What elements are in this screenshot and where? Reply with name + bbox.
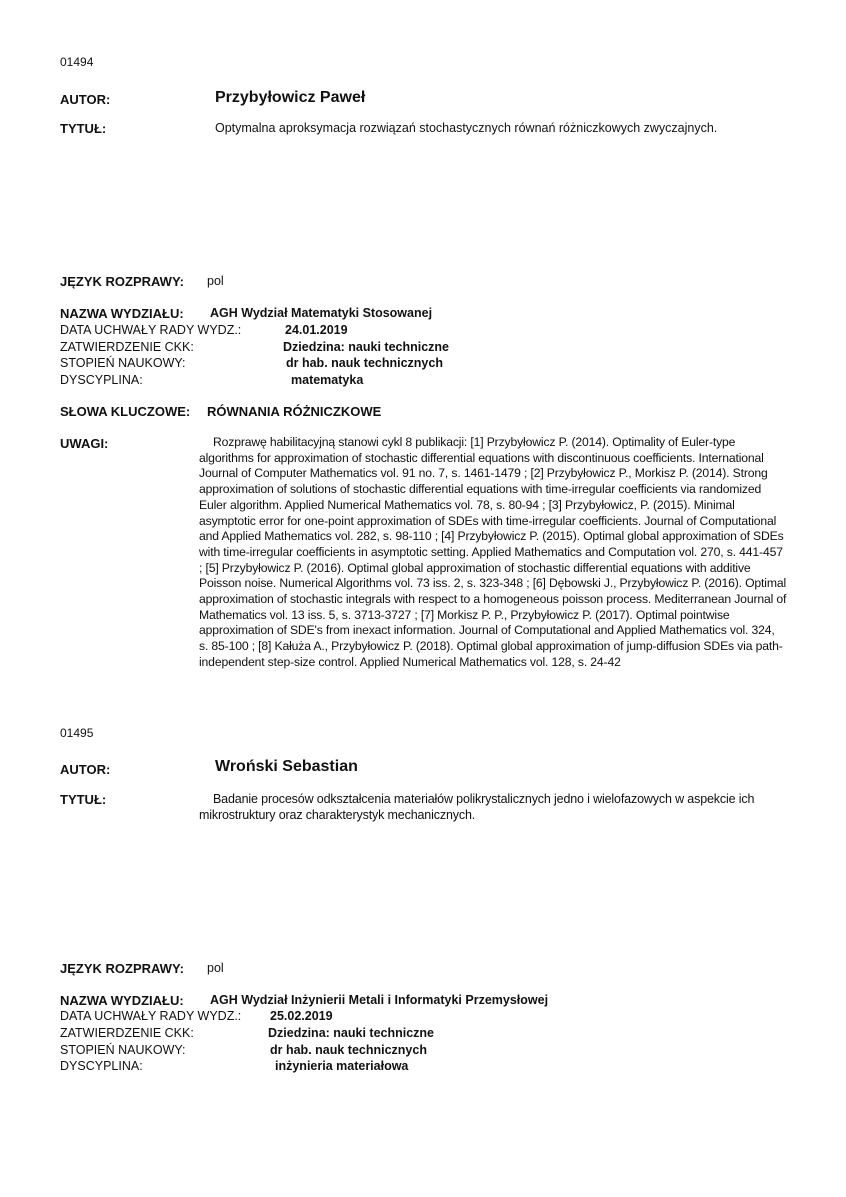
language-label: JĘZYK ROZPRAWY: <box>60 961 184 976</box>
ckk-value: Dziedzina: nauki techniczne <box>283 340 449 354</box>
notes-label: UWAGI: <box>60 436 108 451</box>
record-number: 01494 <box>60 55 93 69</box>
degree-value: dr hab. nauk technicznych <box>270 1043 427 1057</box>
ckk-label: ZATWIERDZENIE CKK: <box>60 340 194 354</box>
resolution-date-value: 24.01.2019 <box>285 323 348 337</box>
discipline-value: matematyka <box>291 373 363 387</box>
discipline-value: inżynieria materiałowa <box>275 1059 408 1073</box>
title-label: TYTUŁ: <box>60 792 106 807</box>
degree-value: dr hab. nauk technicznych <box>286 356 443 370</box>
discipline-label: DYSCYPLINA: <box>60 1059 143 1073</box>
language-value: pol <box>207 274 224 288</box>
language-value: pol <box>207 961 224 975</box>
discipline-label: DYSCYPLINA: <box>60 373 143 387</box>
record-number: 01495 <box>60 726 93 740</box>
title-label: TYTUŁ: <box>60 121 106 136</box>
degree-label: STOPIEŃ NAUKOWY: <box>60 1043 186 1057</box>
keywords-label: SŁOWA KLUCZOWE: <box>60 404 190 419</box>
resolution-date-value: 25.02.2019 <box>270 1009 333 1023</box>
faculty-label: NAZWA WYDZIAŁU: <box>60 993 184 1008</box>
thesis-title: Optymalna aproksymacja rozwiązań stochas… <box>215 121 717 135</box>
author-name: Wroński Sebastian <box>215 758 358 776</box>
ckk-value: Dziedzina: nauki techniczne <box>268 1026 434 1040</box>
author-label: AUTOR: <box>60 762 110 777</box>
thesis-title: Badanie procesów odkształcenia materiałó… <box>199 791 759 823</box>
ckk-label: ZATWIERDZENIE CKK: <box>60 1026 194 1040</box>
faculty-value: AGH Wydział Inżynierii Metali i Informat… <box>210 993 548 1007</box>
notes-text: Rozprawę habilitacyjną stanowi cykl 8 pu… <box>199 435 787 671</box>
author-label: AUTOR: <box>60 92 110 107</box>
faculty-label: NAZWA WYDZIAŁU: <box>60 306 184 321</box>
resolution-date-label: DATA UCHWAŁY RADY WYDZ.: <box>60 1009 241 1023</box>
faculty-value: AGH Wydział Matematyki Stosowanej <box>210 306 432 320</box>
resolution-date-label: DATA UCHWAŁY RADY WYDZ.: <box>60 323 241 337</box>
language-label: JĘZYK ROZPRAWY: <box>60 274 184 289</box>
keywords-value: RÓWNANIA RÓŻNICZKOWE <box>207 404 381 419</box>
author-name: Przybyłowicz Paweł <box>215 89 365 107</box>
degree-label: STOPIEŃ NAUKOWY: <box>60 356 186 370</box>
